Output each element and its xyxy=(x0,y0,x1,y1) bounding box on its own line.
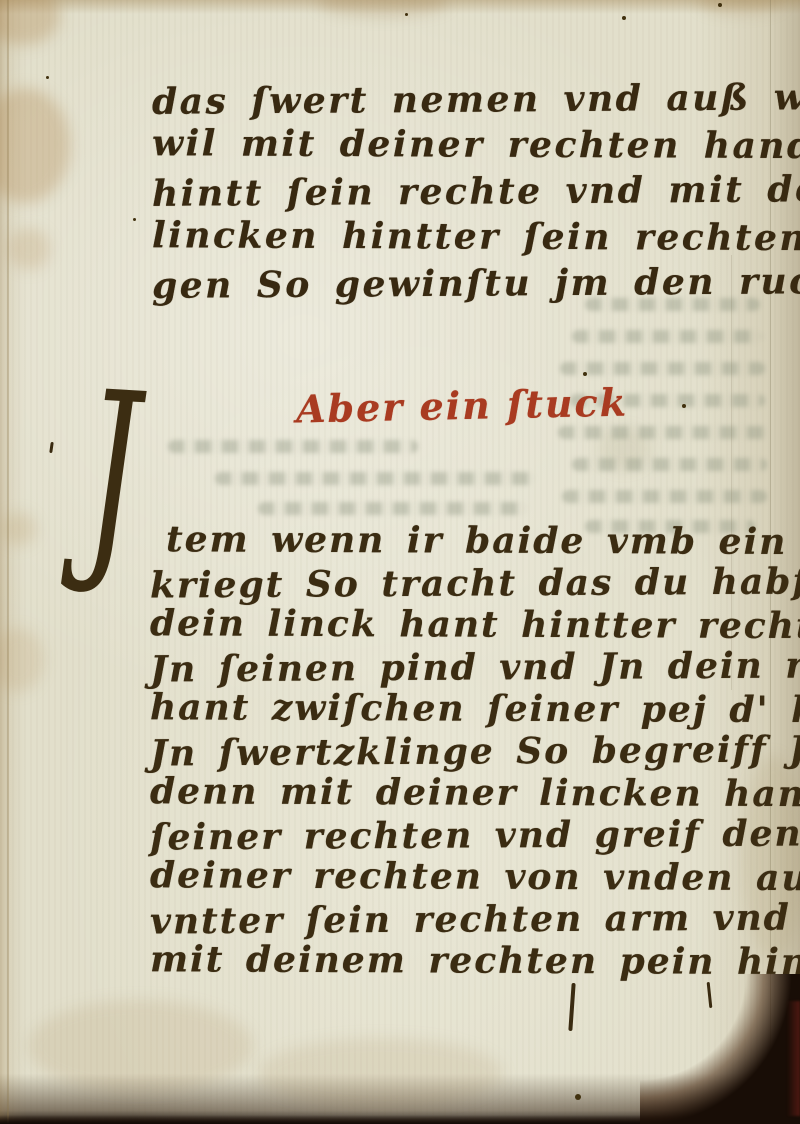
show-through-mark xyxy=(572,330,762,343)
text-line: lincken hintter ſein rechten elnpo- xyxy=(152,212,800,262)
ink-speck xyxy=(682,404,686,408)
ink-speck xyxy=(405,13,408,16)
initial-letter-J: J xyxy=(83,362,141,583)
show-through-mark xyxy=(558,426,768,439)
book-edge-tint xyxy=(787,1001,800,1116)
manuscript-page: das ſwert nemen vnd auß winde wil mit de… xyxy=(0,0,800,1124)
text-line: gen So gewinſtu jm den ruck an xyxy=(152,257,800,309)
show-through-mark xyxy=(562,490,767,503)
text-line: wil mit deiner rechten handt xyxy=(152,120,800,170)
stain xyxy=(8,228,50,270)
text-line: das ſwert nemen vnd auß winde xyxy=(152,73,800,125)
ink-tick xyxy=(49,442,54,453)
stain xyxy=(28,1000,253,1092)
show-through-mark xyxy=(560,362,765,375)
text-line: deiner rechten von vnden auff xyxy=(150,854,800,900)
ink-speck xyxy=(46,76,49,79)
bottom-right-corner-shadow xyxy=(640,974,800,1124)
ink-speck xyxy=(583,372,587,376)
ink-speck xyxy=(575,1094,581,1100)
text-line: Jn ſwertzklinge So begreiff Jn xyxy=(150,728,800,775)
page-edge-line xyxy=(7,0,9,1124)
text-line: hintt ſein rechte vnd mit deiner xyxy=(152,165,800,217)
text-line: dein linck hant hintter rechte xyxy=(150,602,800,648)
ink-speck xyxy=(133,218,136,221)
text-line: denn mit deiner lincken hant Jn xyxy=(150,770,800,816)
descender-stroke xyxy=(568,983,575,1031)
show-through-mark xyxy=(258,502,528,515)
text-line: kriegt So tracht das du habſt xyxy=(150,560,800,607)
show-through-mark xyxy=(215,472,535,485)
ink-speck xyxy=(718,3,722,7)
paragraph-top: das ſwert nemen vnd auß winde wil mit de… xyxy=(152,76,800,306)
stain xyxy=(0,0,60,45)
show-through-mark xyxy=(168,440,418,453)
text-line: ſeiner rechten vnd greif den mit xyxy=(150,812,800,859)
paragraph-main: tem wenn ir baide vmb ein ſwert kriegt S… xyxy=(150,520,800,982)
stain xyxy=(258,1038,503,1108)
show-through-mark xyxy=(572,458,767,471)
text-line: Jn ſeinen pind vnd Jn dein rechte xyxy=(150,644,800,691)
ink-speck xyxy=(622,16,626,20)
chapter-heading: Aber ein ſtuck xyxy=(296,380,629,432)
stain xyxy=(0,88,70,203)
text-line: tem wenn ir baide vmb ein ſwert xyxy=(166,518,800,563)
stain xyxy=(318,0,448,16)
text-line: hant zwiſchen ſeiner pej d' hende xyxy=(150,686,800,732)
text-line: vntter ſein rechten arm vnd ſchreit xyxy=(150,896,800,943)
